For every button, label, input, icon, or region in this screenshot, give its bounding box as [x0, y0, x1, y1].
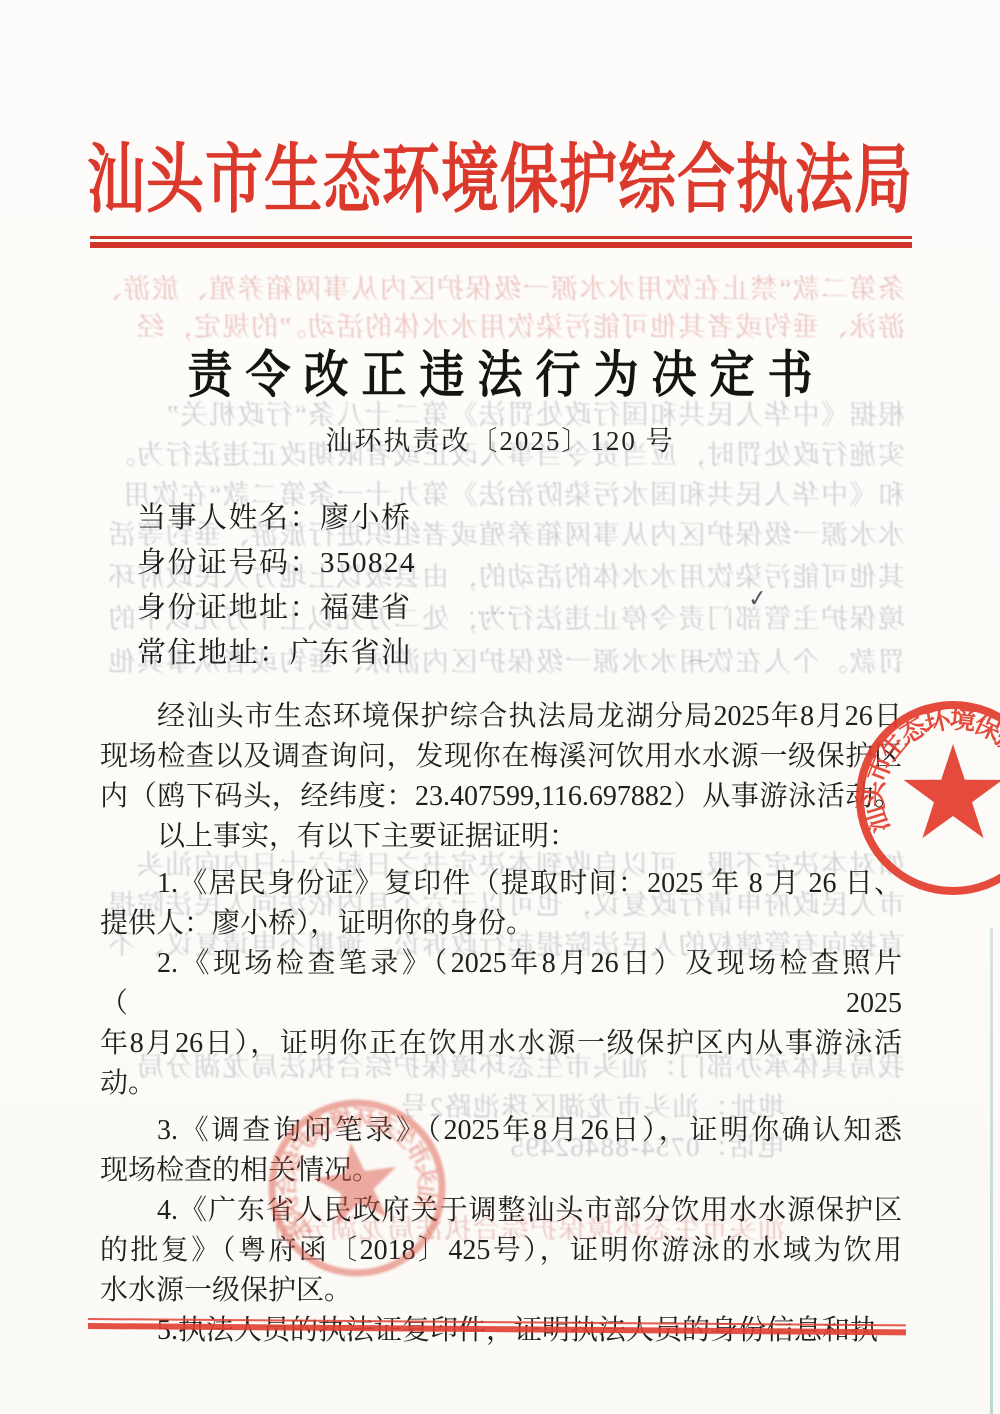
party-id-address-line: 身份证地址：福建省: [137, 586, 416, 631]
document-page: 条第二款“禁止在饮用水水源一级保护区内从事网箱养殖、旅游、 游泳、垂钓或者其他可…: [0, 0, 1000, 1414]
rule-thick-line: [90, 242, 912, 248]
body-line: 的批复》（粤府函〔2018〕425号），证明你游泳的水域为饮用: [100, 1231, 902, 1271]
bleed-seal-star-icon: [309, 1137, 403, 1227]
body-line: 水水源一级保护区。: [100, 1271, 902, 1311]
body-line: 年8月26日），证明你正在饮用水水源一级保护区内从事游泳活: [100, 1024, 902, 1064]
scan-edge-artifact: [990, 928, 993, 1414]
document-title: 责令改正违法行为决定书: [0, 334, 1000, 407]
body-line: 4.《广东省人民政府关于调整汕头市部分饮用水水源保护区: [100, 1191, 902, 1231]
bleed-seal-text: 汕头市生态环境保护综合执法局: [256, 1064, 481, 1247]
bleedthrough-line: 条第二款“禁止在饮用水水源一级保护区内从事网箱养殖、旅游、: [95, 272, 905, 306]
body-line: 以上事实，有以下主要证据证明：: [100, 817, 902, 857]
body-line: 3.《调查询问笔录》（2025年8月26日），证明你确认知悉: [100, 1111, 902, 1151]
bleedthrough-seal: 汕头市生态环境保护综合执法局: [233, 1064, 481, 1312]
body-line: 现场检查以及调查询问，发现你在梅溪河饮用水水源一级保护区: [100, 737, 902, 777]
body-line: 内（鸥下码头，经纬度：23.407599,116.697882）从事游泳活动。: [100, 777, 902, 817]
agency-letterhead: 汕头市生态环境保护综合执法局: [0, 143, 1000, 218]
body-line: 1.《居民身份证》复印件（提取时间：2025 年 8 月 26 日、: [100, 864, 902, 904]
document-number: 汕环执责改〔2025〕120 号: [0, 419, 1000, 458]
body-line: 提供人：廖小桥），证明你的身份。: [100, 904, 902, 944]
official-seal: 汕头市生态环境保护综合执法局: [818, 663, 1000, 933]
body-line: 现场检查的相关情况。: [100, 1151, 902, 1191]
letterhead-rule: [90, 236, 912, 248]
party-name-line: 当事人姓名：廖小桥: [137, 496, 416, 541]
document-body: 经汕头市生态环境保护综合执法局龙湖分局2025年8月26日 现场检查以及调查询问…: [100, 697, 902, 1351]
party-id-number-line: 身份证号码：350824: [137, 541, 416, 586]
body-line: 动。: [100, 1064, 902, 1104]
party-info: 当事人姓名：廖小桥 身份证号码：350824 身份证地址：福建省 常住地址：广东…: [137, 496, 416, 676]
body-line: 经汕头市生态环境保护综合执法局龙湖分局2025年8月26日: [100, 697, 902, 737]
redaction-check-mark: ✓: [747, 585, 769, 613]
redaction-smudge: ⁓: [688, 648, 711, 674]
seal-star-icon: [904, 744, 1000, 838]
body-line: 2.《现场检查笔录》（2025年8月26日）及现场检查照片（2025: [100, 944, 902, 1024]
redaction-smudge: ⋯⋯: [468, 600, 514, 626]
party-residence-line: 常住地址：广东省汕: [137, 631, 416, 676]
